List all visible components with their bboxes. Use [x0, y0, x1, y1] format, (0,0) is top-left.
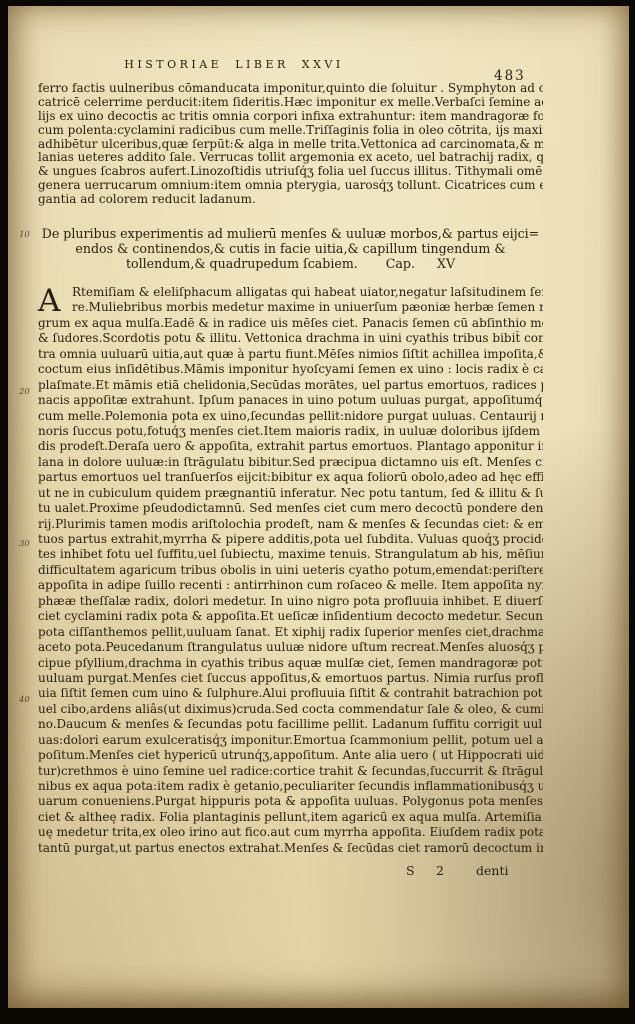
text-line: uę medetur trita,ex oleo irino aut fico.…: [38, 825, 543, 840]
text-line: genera uerrucarum omnium:item omnia pter…: [38, 179, 543, 193]
text-line: difficultatem agaricum tribus obolis in …: [38, 563, 543, 578]
text-line: tes inhibet fotu uel ſuffitu,uel ſubiect…: [38, 547, 543, 562]
line-suffix: aufert.Linozoſtidis utriuſq́ʒ folia uel …: [146, 165, 543, 178]
book-page: HISTORIAE LIBER XXVI 483 10 20 30 40 fer…: [8, 6, 629, 1008]
text-line: cum melle.Polemonia pota ex uino,ſecunda…: [38, 409, 543, 424]
text-line: appoſita in adipe ſuillo recenti : antir…: [38, 578, 543, 593]
text-line: cipue pſyllium,drachma in cyathis tribus…: [38, 656, 543, 671]
text-line: lana in dolore uuluæ:in ſtrāgulatu bibit…: [38, 455, 543, 470]
chapter-heading-line: De pluribus experimentis ad mulierū menſ…: [38, 227, 543, 242]
text-line: dis prodeſt.Deraſa uero & appoſita, extr…: [38, 439, 543, 454]
running-header: HISTORIAE LIBER XXVI: [54, 58, 414, 71]
text-line: partus emortuos uel tranſuerſos eijcit:b…: [38, 470, 543, 485]
drop-cap: A: [38, 287, 60, 315]
text-line: aceto pota.Peucedanum ſtrangulatus uuluæ…: [38, 640, 543, 655]
text-line: ciet cyclamini radix pota & appoſita.Et …: [38, 609, 543, 624]
text-line: plaſmate.Et māmis etiā chelidonia,Secūda…: [38, 378, 543, 393]
text-line: adhibētur ulceribus,quæ ſerpūt:& alga in…: [38, 138, 543, 152]
chapter-number: XV: [437, 256, 455, 271]
signature-number: 2: [436, 863, 444, 878]
chapter-heading-text: tollendum,& quadrupedum ſcabiem.: [126, 256, 358, 271]
text-line: rij.Plurimis tamen modis ariſtolochia pr…: [38, 517, 543, 532]
main-text-block: A Rtemiſiam & eleliſphacum alligatas qui…: [38, 285, 543, 856]
chapter-cap-label: Cap.: [386, 256, 415, 271]
margin-line-number: 20: [19, 387, 30, 397]
text-line: uel cibo,ardens aliâs(ut diximus)cruda.S…: [38, 702, 543, 717]
text-line: grum ex aqua mulſa.Eadē & in radice uis …: [38, 316, 543, 331]
text-line: uia ſiſtit ſemen cum uino & ſulphure.Alu…: [38, 686, 543, 701]
text-line: uarum conueniens.Purgat hippuris pota & …: [38, 794, 543, 809]
text-line: no.Daucum & menſes & ſecundas potu facil…: [38, 717, 543, 732]
text-line: re.Muliebribus morbis medetur maxime in …: [38, 300, 543, 315]
margin-line-number: 30: [19, 539, 30, 549]
text-line: tur)crethmos è uino ſemine uel radice:co…: [38, 764, 543, 779]
opening-paragraph: ferro factis uulneribus cōmanducata impo…: [38, 82, 543, 207]
chapter-heading-line: tollendum,& quadrupedum ſcabiem.Cap.XV: [38, 257, 543, 272]
text-line: catricē celerrime perducit:item ſideriti…: [38, 96, 543, 110]
text-line: poſitum.Menſes ciet hypericū utrunq́ʒ,ap…: [38, 748, 543, 763]
book-scan-photo: HISTORIAE LIBER XXVI 483 10 20 30 40 fer…: [0, 0, 635, 1024]
text-line: nacis appoſitæ extrahunt. Ipſum panaces …: [38, 393, 543, 408]
text-line: lijs ex uino decoctis ac tritis omnia co…: [38, 110, 543, 124]
text-line: gantia ad colorem reducit ladanum.: [38, 193, 543, 207]
text-line: & ſudores.Scordotis potu & illitu. Vetto…: [38, 331, 543, 346]
underlined-word: ſcabros: [100, 165, 145, 179]
text-line: tu ualet.Proxime pſeudodictamnū. Sed men…: [38, 501, 543, 516]
text-line: pota ciſſanthemos pellit,uuluam ſanat. E…: [38, 625, 543, 640]
line-prefix: & ungues: [38, 165, 100, 178]
text-line: nibus ex aqua pota:item radix è getanio,…: [38, 779, 543, 794]
catchword: denti: [476, 863, 508, 878]
chapter-heading: De pluribus experimentis ad mulierū menſ…: [38, 227, 543, 271]
text-line: tra omnia uuluarū uitia,aut quæ à partu …: [38, 347, 543, 362]
text-line: cum polenta:cyclamini radicibus cum mell…: [38, 124, 543, 138]
signature-mark: S: [406, 863, 415, 878]
text-line: ferro factis uulneribus cōmanducata impo…: [38, 82, 543, 96]
text-line: noris ſuccus potu,fotuq́ʒ menſes ciet.It…: [38, 424, 543, 439]
text-line: Rtemiſiam & eleliſphacum alligatas qui h…: [38, 285, 543, 300]
text-line: lanias ueteres addito ſale. Verrucas tol…: [38, 151, 543, 165]
text-line: uas:dolori earum exulceratisq́ʒ imponitu…: [38, 733, 543, 748]
text-line: uuluam purgat.Menſes ciet ſuccus appoſit…: [38, 671, 543, 686]
text-line: tantū purgat,ut partus enectos extrahat.…: [38, 841, 543, 856]
text-line: phææ theſſalæ radix, dolori medetur. In …: [38, 594, 543, 609]
text-line: ciet & altheę radix. Folia plantaginis p…: [38, 810, 543, 825]
text-line-with-underline: & ungues ſcabros aufert.Linozoſtidis utr…: [38, 165, 543, 179]
chapter-heading-line: endos & continendos,& cutis in facie uit…: [38, 242, 543, 257]
text-line: coctum eius inſidētibus.Māmis imponitur …: [38, 362, 543, 377]
margin-line-number: 10: [19, 230, 30, 240]
text-line: tuos partus extrahit,myrrha & pipere add…: [38, 532, 543, 547]
margin-line-number: 40: [19, 695, 30, 705]
text-line: ut ne in cubiculum quidem prægnantiū inf…: [38, 486, 543, 501]
